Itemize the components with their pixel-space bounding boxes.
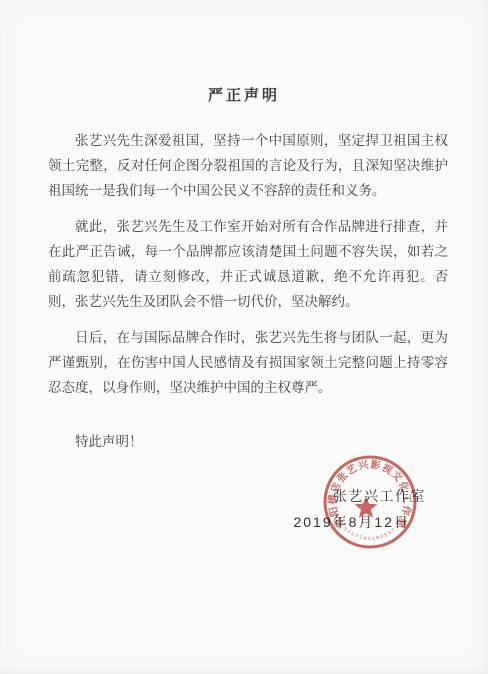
statement-body: 张艺兴先生深爱祖国，坚持一个中国原则，坚定捍卫祖国主权领土完整，反对任何企图分裂… [48,128,448,465]
seal-serial-number: 9307740180537 [342,526,397,542]
scanned-statement-page: 严正声明 张艺兴先生深爱祖国，坚持一个中国原则，坚定捍卫祖国主权领土完整，反对任… [0,0,488,674]
seal-star-icon [355,496,378,518]
statement-paragraph: 张艺兴先生深爱祖国，坚持一个中国原则，坚定捍卫祖国主权领土完整，反对任何企图分裂… [48,128,448,203]
studio-seal: 东阳横店张艺兴影视文化工作室 9307740180537 [305,440,435,570]
statement-title: 严正声明 [0,84,488,105]
statement-paragraph: 日后，在与国际品牌合作时，张艺兴先生将与团队一起，更为严谨甄别，在伤害中国人民感… [48,325,448,400]
statement-paragraph: 就此，张艺兴先生及工作室开始对所有合作品牌进行排查，并在此严正告诫，每一个品牌都… [48,214,448,314]
